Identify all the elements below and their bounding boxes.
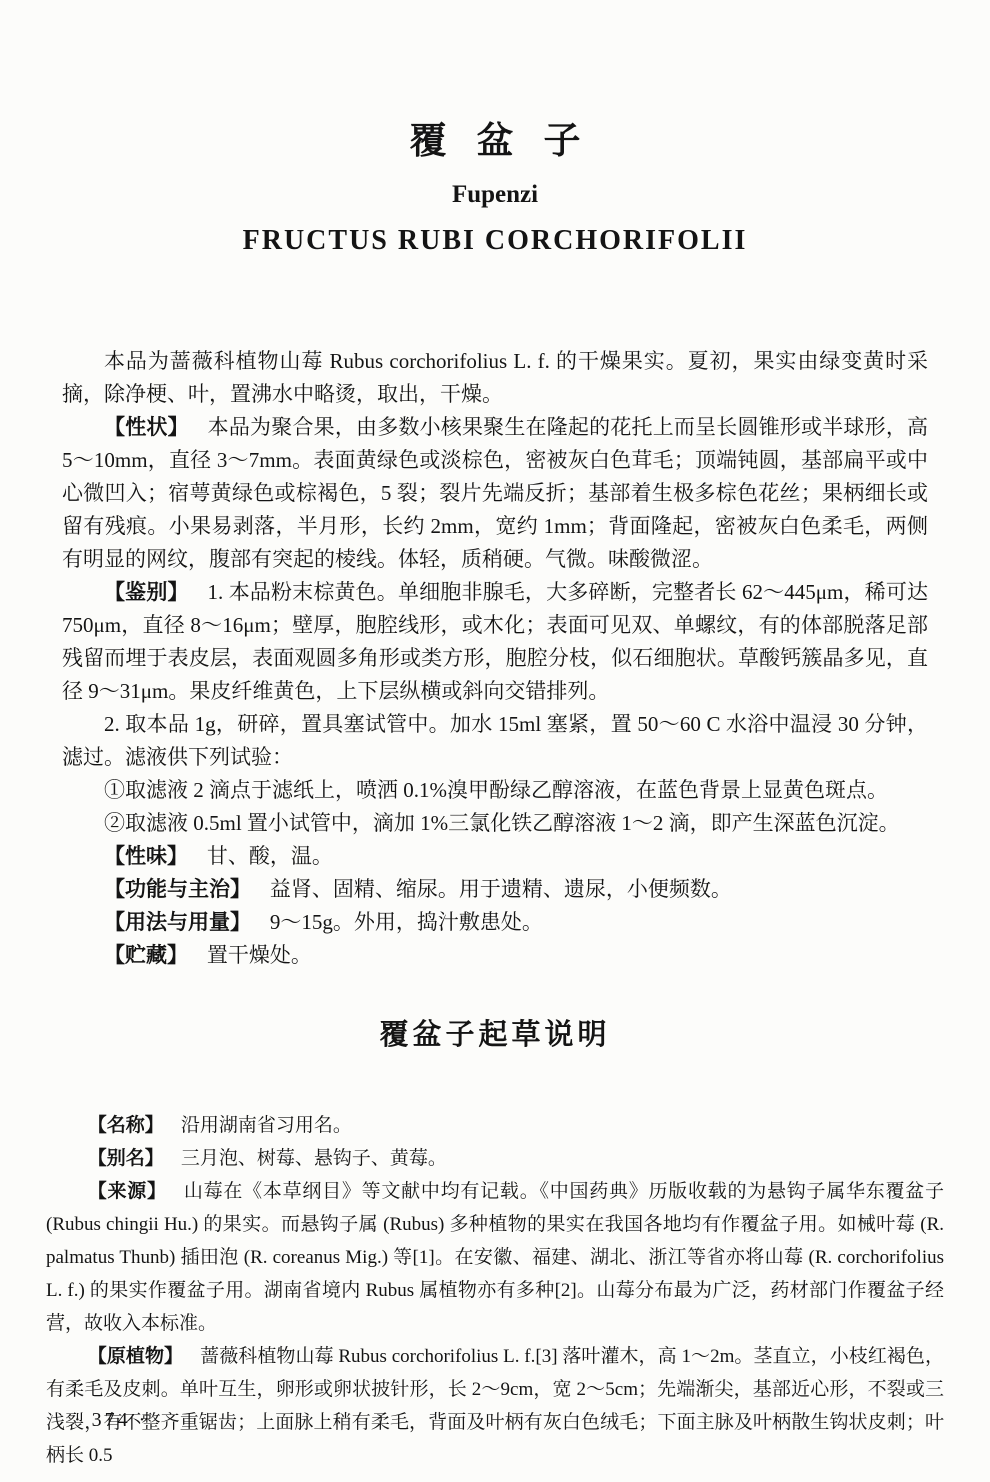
page-number: · 374 · (74, 1409, 148, 1432)
entry-text: 1. 本品粉末棕黄色。单细胞非腺毛，大多碎断，完整者长 62～445μm，稀可达… (62, 580, 928, 703)
entry-label: 【功能与主治】 (104, 878, 251, 901)
entry-text: 沿用湖南省习用名。 (181, 1115, 352, 1136)
entry-jianbie-2: 2. 取本品 1g，研碎，置具塞试管中。加水 15ml 塞紧，置 50～60 C… (62, 708, 928, 774)
entry-text: 甘、酸，温。 (207, 844, 333, 868)
entry-label: 【性状】 (104, 416, 189, 439)
entry-label: 【用法与用量】 (104, 911, 251, 934)
entry-text: 2. 取本品 1g，研碎，置具塞试管中。加水 15ml 塞紧，置 50～60 C… (62, 712, 928, 769)
document-page: 覆盆子 Fupenzi FRUCTUS RUBI CORCHORIFOLII 本… (0, 0, 990, 1482)
draft-entry-laiyuan: 【来源】山莓在《本草纲目》等文献中均有记载。《中国药典》历版收载的为悬钩子属华东… (46, 1175, 944, 1340)
draft-entry-bieming: 【别名】三月泡、树莓、悬钩子、黄莓。 (46, 1142, 944, 1175)
entry-label: 【原植物】 (88, 1346, 183, 1367)
entry-text: ①取滤液 2 滴点于滤纸上，喷洒 0.1%溴甲酚绿乙醇溶液，在蓝色背景上显黄色斑… (104, 778, 888, 802)
title-chinese: 覆盆子 (0, 110, 990, 164)
entry-text: 本品为聚合果，由多数小核果聚生在隆起的花托上而呈长圆锥形或半球形，高 5～10m… (62, 415, 928, 571)
entry-text: ②取滤液 0.5ml 置小试管中，滴加 1%三氯化铁乙醇溶液 1～2 滴，即产生… (104, 811, 900, 835)
entry-xingzhuang: 【性状】本品为聚合果，由多数小核果聚生在隆起的花托上而呈长圆锥形或半球形，高 5… (62, 411, 928, 576)
entry-zhucang: 【贮藏】置干燥处。 (62, 939, 928, 972)
draft-notes-body: 【名称】沿用湖南省习用名。 【别名】三月泡、树莓、悬钩子、黄莓。 【来源】山莓在… (46, 1109, 944, 1472)
title-pinyin: Fupenzi (0, 181, 990, 209)
title-latin: FRUCTUS RUBI CORCHORIFOLII (0, 225, 990, 257)
draft-entry-yuanzhiwu: 【原植物】蔷薇科植物山莓 Rubus corchorifolius L. f.[… (46, 1340, 944, 1472)
entry-test-1: ①取滤液 2 滴点于滤纸上，喷洒 0.1%溴甲酚绿乙醇溶液，在蓝色背景上显黄色斑… (62, 774, 928, 807)
entry-label: 【名称】 (88, 1115, 164, 1136)
entry-text: 益肾、固精、缩尿。用于遗精、遗尿，小便频数。 (270, 877, 732, 901)
draft-entry-mingcheng: 【名称】沿用湖南省习用名。 (46, 1109, 944, 1142)
entry-label: 【性味】 (104, 845, 188, 868)
draft-notes-heading: 覆盆子起草说明 (0, 1012, 990, 1053)
entry-jianbie: 【鉴别】1. 本品粉末棕黄色。单细胞非腺毛，大多碎断，完整者长 62～445μm… (62, 576, 928, 708)
entry-text: 置干燥处。 (207, 943, 312, 967)
entry-text: 三月泡、树莓、悬钩子、黄莓。 (181, 1148, 447, 1169)
entry-label: 【贮藏】 (104, 944, 188, 967)
entry-text: 山莓在《本草纲目》等文献中均有记载。《中国药典》历版收载的为悬钩子属华东覆盆子 … (46, 1181, 944, 1334)
entry-label: 【别名】 (88, 1148, 164, 1169)
entry-gongneng: 【功能与主治】益肾、固精、缩尿。用于遗精、遗尿，小便频数。 (62, 873, 928, 906)
entry-label: 【鉴别】 (104, 581, 189, 604)
entry-text: 9～15g。外用，捣汁敷患处。 (270, 910, 543, 934)
entry-yongfa: 【用法与用量】9～15g。外用，捣汁敷患处。 (62, 906, 928, 939)
entry-test-2: ②取滤液 0.5ml 置小试管中，滴加 1%三氯化铁乙醇溶液 1～2 滴，即产生… (62, 807, 928, 840)
intro-text: 本品为蔷薇科植物山莓 Rubus corchorifolius L. f. 的干… (62, 349, 928, 406)
monograph-header: 覆盆子 Fupenzi FRUCTUS RUBI CORCHORIFOLII (0, 0, 990, 257)
monograph-body: 本品为蔷薇科植物山莓 Rubus corchorifolius L. f. 的干… (62, 345, 928, 972)
entry-label: 【来源】 (88, 1181, 167, 1202)
entry-xingwei: 【性味】甘、酸，温。 (62, 840, 928, 873)
intro-paragraph: 本品为蔷薇科植物山莓 Rubus corchorifolius L. f. 的干… (62, 345, 928, 411)
